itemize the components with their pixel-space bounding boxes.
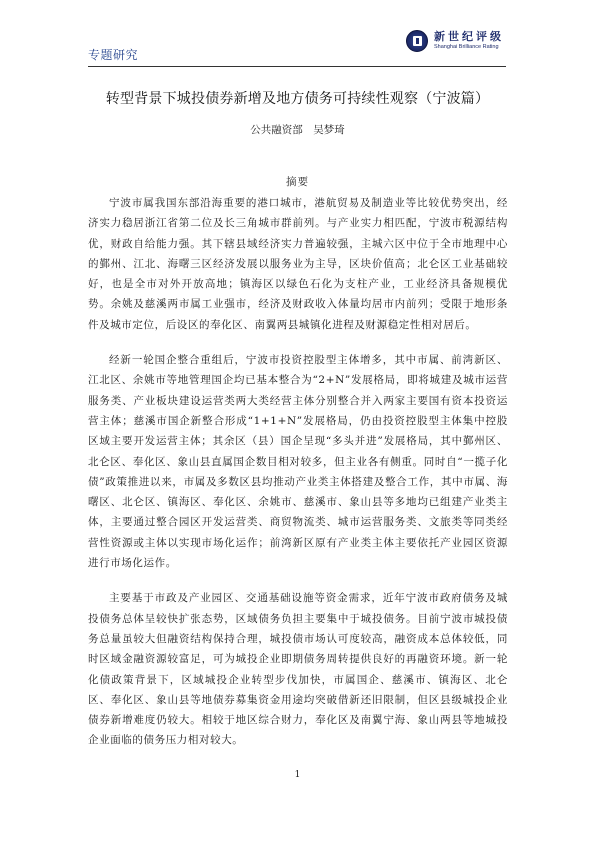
document-title: 转型背景下城投债券新增及地方债务可持续性观察（宁波篇）: [0, 88, 595, 108]
page-header: 专题研究 新世纪评级 Shanghai Brilliance Rating: [88, 28, 506, 67]
page-number: 1: [0, 770, 595, 780]
section-label: 专题研究: [88, 46, 138, 63]
brand-name-en: Shanghai Brilliance Rating: [434, 45, 504, 51]
brand-name-cn: 新世纪评级: [434, 31, 504, 42]
seal-emblem: [413, 36, 422, 46]
brand-logo-block: 新世纪评级 Shanghai Brilliance Rating: [406, 30, 504, 52]
abstract-paragraph: 主要基于市政及产业园区、交通基础设施等资金需求，近年宁波市政府债务及城投债务总体…: [88, 588, 508, 750]
brilliance-rating-seal-icon: [406, 30, 428, 52]
brand-text: 新世纪评级 Shanghai Brilliance Rating: [434, 31, 504, 51]
abstract-heading: 摘要: [0, 174, 595, 189]
abstract-paragraph: 经新一轮国企整合重组后，宁波市投资控股型主体增多，其中市属、前湾新区、江北区、余…: [88, 350, 508, 573]
abstract-paragraph: 宁波市属我国东部沿海重要的港口城市，港航贸易及制造业等比较优势突出，经济实力稳居…: [88, 193, 508, 335]
author-line: 公共融资部 吴梦琦: [0, 122, 595, 137]
abstract-body: 宁波市属我国东部沿海重要的港口城市，港航贸易及制造业等比较优势突出，经济实力稳居…: [88, 193, 508, 766]
